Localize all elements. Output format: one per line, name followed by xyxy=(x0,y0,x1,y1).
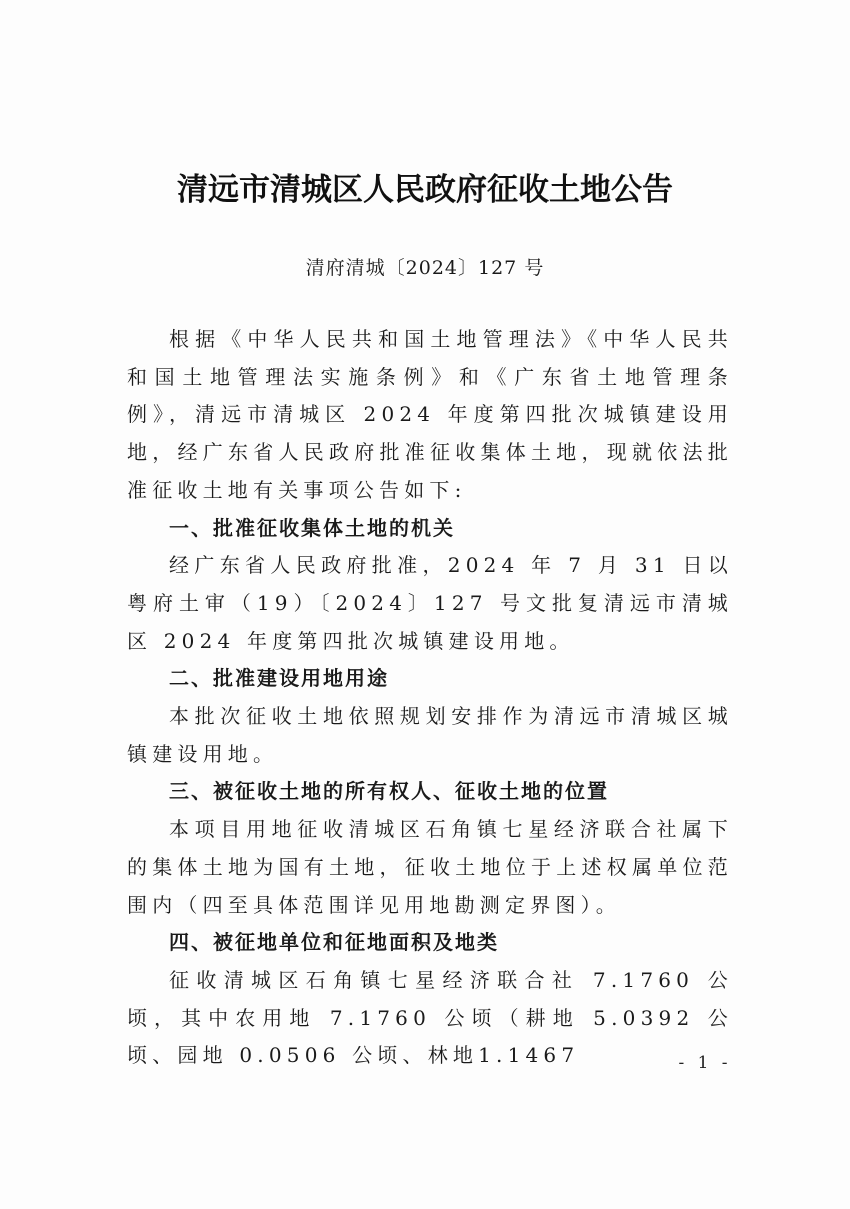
document-title: 清远市清城区人民政府征收土地公告 xyxy=(0,168,850,212)
section-heading-3: 三、被征收土地的所有权人、征收土地的位置 xyxy=(127,773,733,811)
section-heading-4: 四、被征地单位和征地面积及地类 xyxy=(127,924,733,962)
section-3-paragraph: 本项目用地征收清城区石角镇七星经济联合社属下的集体土地为国有土地，征收土地位于上… xyxy=(127,811,733,924)
document-body: 根据《中华人民共和国土地管理法》《中华人民共和国土地管理法实施条例》和《广东省土… xyxy=(127,321,733,1075)
section-1-paragraph: 经广东省人民政府批准，2024 年 7 月 31 日以粤府土审（19）〔2024… xyxy=(127,547,733,660)
page-number: - 1 - xyxy=(670,1053,740,1073)
document-number: 清府清城〔2024〕127 号 xyxy=(0,254,850,282)
document-page: 清远市清城区人民政府征收土地公告 清府清城〔2024〕127 号 根据《中华人民… xyxy=(0,0,850,1209)
intro-paragraph: 根据《中华人民共和国土地管理法》《中华人民共和国土地管理法实施条例》和《广东省土… xyxy=(127,321,733,510)
section-heading-1: 一、批准征收集体土地的机关 xyxy=(127,510,733,548)
section-4-paragraph: 征收清城区石角镇七星经济联合社 7.1760 公顷，其中农用地 7.1760 公… xyxy=(127,962,733,1075)
section-2-paragraph: 本批次征收土地依照规划安排作为清远市清城区城镇建设用地。 xyxy=(127,698,733,773)
section-heading-2: 二、批准建设用地用途 xyxy=(127,660,733,698)
